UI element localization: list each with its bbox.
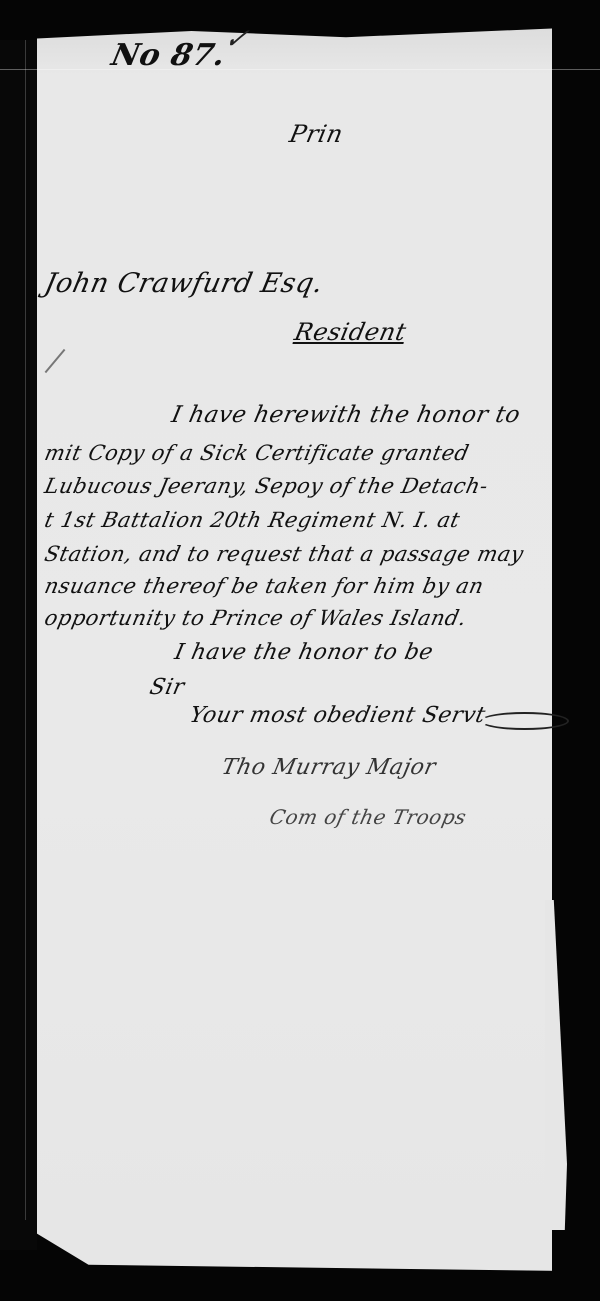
reference-number: No 87. bbox=[108, 38, 229, 73]
closing-line: I have the honor to be bbox=[172, 640, 435, 665]
signature-title: Com of the Troops bbox=[267, 805, 468, 829]
origin-heading: Prin bbox=[287, 120, 346, 148]
body-line: Station, and to request that a passage m… bbox=[42, 542, 525, 566]
closing-line: Your most obedient Servt bbox=[187, 703, 487, 728]
addressee-name: John Crawfurd Esq. bbox=[42, 268, 326, 299]
addressee-title: Resident bbox=[292, 318, 409, 346]
body-line: nsuance thereof be taken for him by an bbox=[42, 574, 486, 598]
closing-salutation: Sir bbox=[147, 675, 186, 700]
scan-crease-line bbox=[0, 69, 600, 70]
body-line: mit Copy of a Sick Certificate granted bbox=[42, 441, 471, 465]
closing-flourish bbox=[480, 712, 569, 730]
body-line: Lubucous Jeerany, Sepoy of the Detach- bbox=[42, 474, 490, 498]
signature: Tho Murray Major bbox=[219, 755, 438, 780]
binding-line bbox=[25, 40, 26, 1220]
body-line: I have herewith the honor to bbox=[169, 402, 523, 428]
body-line: t 1st Battalion 20th Regiment N. I. at bbox=[42, 508, 462, 532]
paper-corner bbox=[545, 900, 567, 1230]
body-line: opportunity to Prince of Wales Island. bbox=[42, 606, 468, 630]
binding-edge bbox=[0, 40, 37, 1250]
